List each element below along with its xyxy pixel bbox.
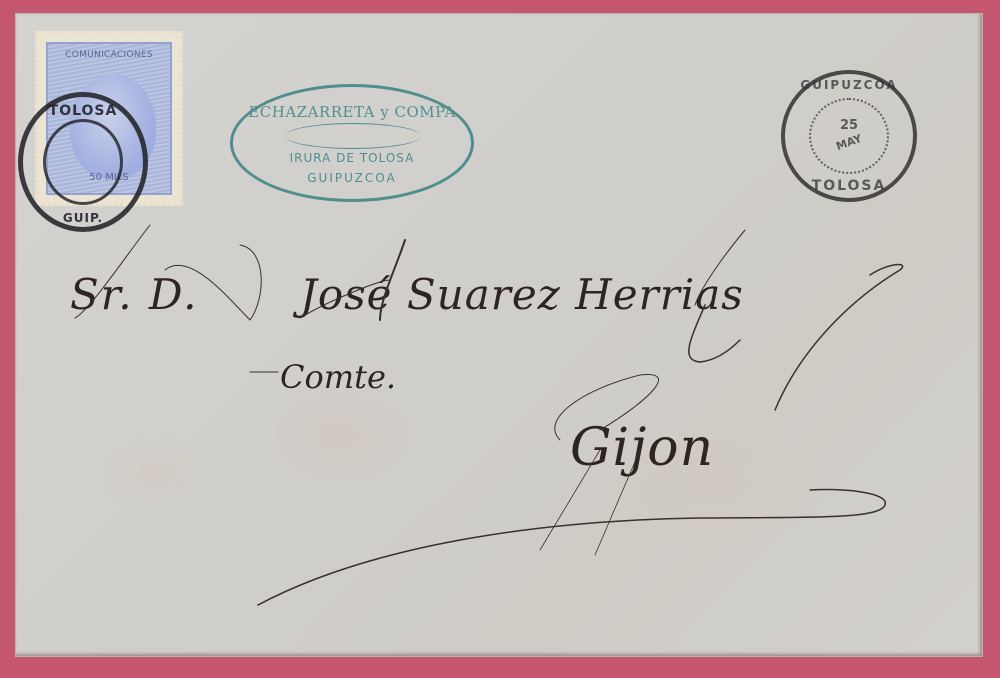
handstamp-lens-ornament [285,123,421,149]
cancel-bottom-text: GUIP. [23,211,143,225]
datestamp-inner-ring: 25 MAY [809,98,889,174]
datestamp-top-text: GUIPUZCOA [785,78,913,92]
company-name: ECHAZARRETA y COMPA [246,103,457,121]
datestamp-bottom-text: TOLOSA [785,178,913,194]
address-recipient-name: José Suarez Herrias [300,270,744,319]
company-town: IRURA DE TOLOSA [233,151,471,165]
cancel-top-text: TOLOSA [23,103,143,119]
address-city: Gijon [570,418,714,478]
company-province: GUIPUZCOA [233,171,471,185]
company-handstamp: ECHAZARRETA y COMPA IRURA DE TOLOSA GUIP… [230,84,474,202]
address-salutation: Sr. D. [70,270,198,319]
date-postmark: GUIPUZCOA 25 MAY TOLOSA [781,70,917,202]
stamp-top-text: COMUNICACIONES [48,50,170,60]
cancel-postmark: TOLOSA GUIP. [18,92,148,232]
address-recipient-title: Comte. [280,358,396,396]
cancel-inner-ring [43,119,123,205]
